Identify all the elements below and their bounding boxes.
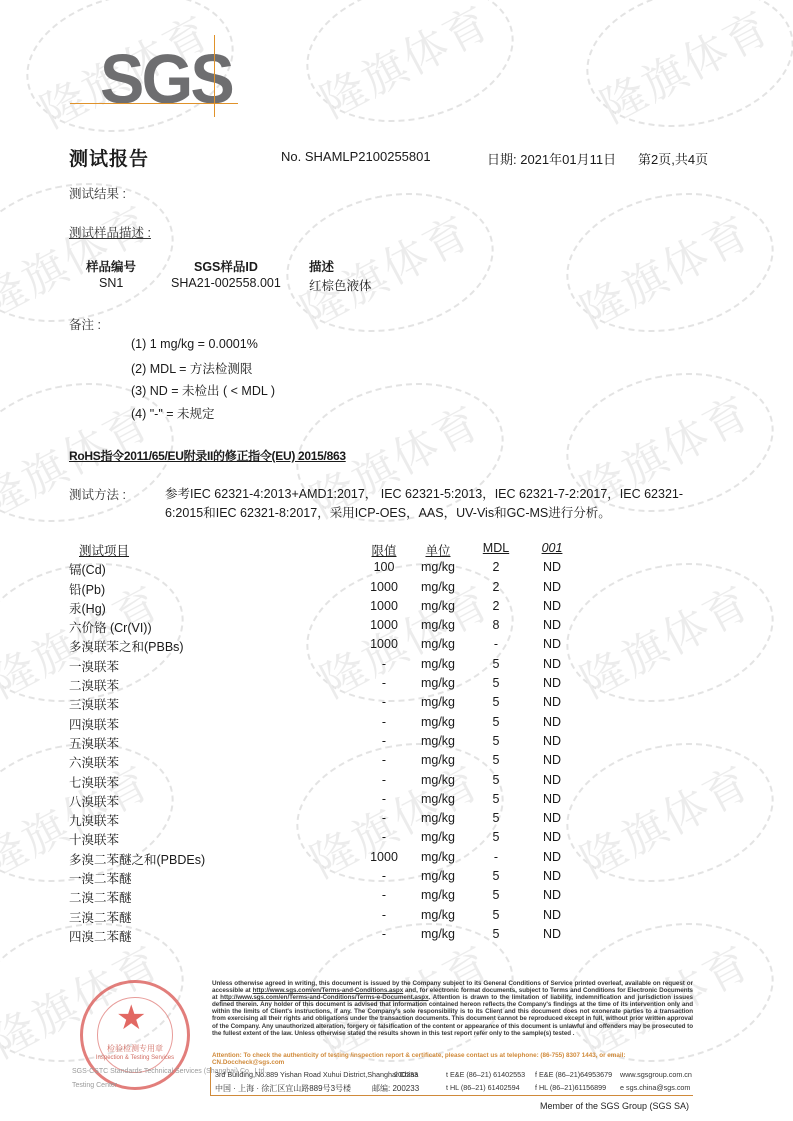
cell-item: 多溴联苯之和(PBBs)	[69, 637, 184, 655]
cell-unit: mg/kg	[414, 811, 462, 825]
cell-mdl: 5	[473, 657, 519, 671]
table-body: 镉(Cd)100mg/kg2ND铅(Pb)1000mg/kg2ND汞(Hg)10…	[69, 560, 589, 946]
seal-text-cn: 检验检测专用章	[89, 1043, 181, 1054]
cell-mdl: 5	[473, 830, 519, 844]
table-row: 十溴联苯-mg/kg5ND	[69, 830, 589, 849]
sample-description-label: 测试样品描述 :	[69, 223, 151, 241]
cell-limit: -	[354, 869, 414, 883]
cell-unit: mg/kg	[414, 580, 462, 594]
cell-result: ND	[524, 869, 580, 883]
table-row: 镉(Cd)100mg/kg2ND	[69, 560, 589, 579]
test-method-text: 参考IEC 62321-4:2013+AMD1:2017， IEC 62321-…	[165, 485, 685, 523]
cell-unit: mg/kg	[414, 908, 462, 922]
cell-limit: -	[354, 830, 414, 844]
cell-limit: 1000	[354, 618, 414, 632]
address-cn: 中国 · 上海 · 徐汇区宜山路889号3号楼	[215, 1083, 351, 1094]
legal-disclaimer: Unless otherwise agreed in writing, this…	[212, 980, 693, 1037]
sample-no-header: 样品编号	[86, 257, 136, 275]
report-number: No. SHAMLP2100255801	[281, 149, 431, 164]
cell-limit: 1000	[354, 599, 414, 613]
cell-item: 一溴联苯	[69, 657, 119, 675]
table-row: 三溴二苯醚-mg/kg5ND	[69, 908, 589, 927]
cell-mdl: 8	[473, 618, 519, 632]
cell-unit: mg/kg	[414, 888, 462, 902]
email-link[interactable]: e sgs.china@sgs.com	[620, 1083, 690, 1092]
note-item: (3) ND = 未检出 ( < MDL )	[131, 381, 275, 399]
cell-item: 四溴二苯醚	[69, 927, 132, 945]
cell-unit: mg/kg	[414, 753, 462, 767]
table-row: 八溴联苯-mg/kg5ND	[69, 792, 589, 811]
table-row: 一溴二苯醚-mg/kg5ND	[69, 869, 589, 888]
cell-mdl: 5	[473, 792, 519, 806]
cell-result: ND	[524, 888, 580, 902]
cell-mdl: 5	[473, 773, 519, 787]
cell-unit: mg/kg	[414, 695, 462, 709]
cell-unit: mg/kg	[414, 773, 462, 787]
cell-mdl: 2	[473, 560, 519, 574]
address-en: 3rd Building,No.889 Yishan Road Xuhui Di…	[215, 1070, 418, 1079]
cell-item: 六价铬 (Cr(VI))	[69, 618, 152, 636]
table-row: 六溴联苯-mg/kg5ND	[69, 753, 589, 772]
cell-unit: mg/kg	[414, 676, 462, 690]
cell-unit: mg/kg	[414, 792, 462, 806]
cell-mdl: 5	[473, 676, 519, 690]
cell-item: 二溴二苯醚	[69, 888, 132, 906]
table-row: 九溴联苯-mg/kg5ND	[69, 811, 589, 830]
star-icon: ★	[116, 1001, 146, 1035]
cell-mdl: 5	[473, 811, 519, 825]
cell-item: 一溴二苯醚	[69, 869, 132, 887]
cell-item: 四溴联苯	[69, 715, 119, 733]
cell-mdl: 5	[473, 869, 519, 883]
cell-limit: -	[354, 811, 414, 825]
page-indicator: 第2页,共4页	[638, 149, 708, 168]
cell-unit: mg/kg	[414, 618, 462, 632]
cell-result: ND	[524, 773, 580, 787]
cell-item: 七溴联苯	[69, 773, 119, 791]
cell-result: ND	[524, 618, 580, 632]
table-row: 五溴联苯-mg/kg5ND	[69, 734, 589, 753]
test-method-label: 测试方法 :	[69, 485, 126, 503]
cell-mdl: 5	[473, 695, 519, 709]
table-row: 汞(Hg)1000mg/kg2ND	[69, 599, 589, 618]
cell-limit: -	[354, 657, 414, 671]
cell-mdl: 5	[473, 888, 519, 902]
cell-item: 五溴联苯	[69, 734, 119, 752]
cell-unit: mg/kg	[414, 734, 462, 748]
cell-result: ND	[524, 676, 580, 690]
cell-result: ND	[524, 715, 580, 729]
note-item: (1) 1 mg/kg = 0.0001%	[131, 337, 258, 351]
sample-no-value: SN1	[99, 276, 123, 290]
cell-unit: mg/kg	[414, 850, 462, 864]
zip-en: 200233	[394, 1070, 418, 1079]
note-item: (2) MDL = 方法检测限	[131, 359, 252, 377]
description-header: 描述	[309, 257, 334, 275]
footer-vertical-rule	[210, 1067, 211, 1095]
cell-item: 二溴联苯	[69, 676, 119, 694]
report-date: 日期: 2021年01月11日	[487, 149, 616, 168]
col-header-item: 测试项目	[79, 541, 129, 559]
footer-horizontal-rule	[210, 1095, 693, 1096]
cell-limit: -	[354, 792, 414, 806]
cell-result: ND	[524, 580, 580, 594]
cell-mdl: -	[473, 637, 519, 651]
cell-mdl: -	[473, 850, 519, 864]
cell-limit: -	[354, 695, 414, 709]
cell-mdl: 5	[473, 927, 519, 941]
results-table: 测试项目 限值 单位 MDL 001 镉(Cd)100mg/kg2ND铅(Pb)…	[69, 541, 589, 946]
fax-hl: f HL (86–21)61156899	[535, 1083, 606, 1092]
cell-mdl: 5	[473, 715, 519, 729]
cell-unit: mg/kg	[414, 715, 462, 729]
table-row: 四溴二苯醚-mg/kg5ND	[69, 927, 589, 946]
authenticity-notice: Attention: To check the authenticity of …	[212, 1052, 693, 1066]
member-statement: Member of the SGS Group (SGS SA)	[540, 1101, 689, 1111]
seal-center: Testing Center	[72, 1082, 117, 1089]
cell-result: ND	[524, 734, 580, 748]
cell-unit: mg/kg	[414, 560, 462, 574]
col-header-result: 001	[524, 541, 580, 555]
cell-unit: mg/kg	[414, 599, 462, 613]
cell-item: 六溴联苯	[69, 753, 119, 771]
cell-unit: mg/kg	[414, 637, 462, 651]
notes-label: 备注 :	[69, 315, 101, 333]
cell-item: 汞(Hg)	[69, 599, 106, 617]
tel-hl: t HL (86–21) 61402594	[446, 1083, 520, 1092]
rohs-section-title: RoHS指令2011/65/EU附录II的修正指令(EU) 2015/863	[69, 447, 346, 464]
cell-result: ND	[524, 792, 580, 806]
col-header-unit: 单位	[414, 541, 462, 559]
cell-result: ND	[524, 637, 580, 651]
table-row: 多溴联苯之和(PBBs)1000mg/kg-ND	[69, 637, 589, 656]
table-header-row: 测试项目 限值 单位 MDL 001	[69, 541, 589, 560]
cell-limit: -	[354, 734, 414, 748]
terms-link[interactable]: http://www.sgs.com/en/Terms-and-Conditio…	[253, 987, 404, 994]
cell-result: ND	[524, 753, 580, 767]
col-header-mdl: MDL	[473, 541, 519, 555]
cell-unit: mg/kg	[414, 830, 462, 844]
note-item: (4) "-" = 未规定	[131, 404, 215, 422]
cell-limit: 1000	[354, 637, 414, 651]
table-row: 铅(Pb)1000mg/kg2ND	[69, 580, 589, 599]
cell-mdl: 2	[473, 580, 519, 594]
cell-unit: mg/kg	[414, 869, 462, 883]
cell-item: 九溴联苯	[69, 811, 119, 829]
cell-item: 三溴二苯醚	[69, 908, 132, 926]
website-link[interactable]: www.sgsgroup.com.cn	[620, 1070, 692, 1079]
seal-text-en: Inspection & Testing Services	[89, 1055, 181, 1061]
cell-result: ND	[524, 560, 580, 574]
sgs-sample-id-header: SGS样品ID	[194, 257, 258, 275]
col-header-limit: 限值	[354, 541, 414, 559]
cell-result: ND	[524, 927, 580, 941]
cell-mdl: 5	[473, 734, 519, 748]
cell-mdl: 5	[473, 753, 519, 767]
table-row: 四溴联苯-mg/kg5ND	[69, 715, 589, 734]
table-row: 三溴联苯-mg/kg5ND	[69, 695, 589, 714]
cell-mdl: 5	[473, 908, 519, 922]
cell-limit: -	[354, 753, 414, 767]
cell-limit: -	[354, 676, 414, 690]
fax-ee: f E&E (86–21)64953679	[535, 1070, 612, 1079]
cell-limit: -	[354, 888, 414, 902]
cell-item: 多溴二苯醚之和(PBDEs)	[69, 850, 205, 868]
cell-limit: 100	[354, 560, 414, 574]
cell-unit: mg/kg	[414, 657, 462, 671]
cell-mdl: 2	[473, 599, 519, 613]
cell-item: 铅(Pb)	[69, 580, 105, 598]
e-document-terms-link[interactable]: http://www.sgs.com/en/Terms-and-Conditio…	[220, 994, 428, 1001]
cell-result: ND	[524, 657, 580, 671]
sgs-sample-id-value: SHA21-002558.001	[171, 276, 281, 290]
cell-limit: 1000	[354, 580, 414, 594]
cell-result: ND	[524, 850, 580, 864]
logo-horizontal-rule	[70, 103, 238, 104]
cell-result: ND	[524, 830, 580, 844]
legal-text: . Attention is drawn to the limitation o…	[212, 994, 693, 1036]
cell-limit: -	[354, 927, 414, 941]
table-row: 一溴联苯-mg/kg5ND	[69, 657, 589, 676]
cell-limit: -	[354, 773, 414, 787]
logo-vertical-rule	[214, 35, 215, 117]
results-label: 测试结果 :	[69, 184, 126, 202]
cell-result: ND	[524, 695, 580, 709]
cell-item: 八溴联苯	[69, 792, 119, 810]
cell-result: ND	[524, 908, 580, 922]
table-row: 六价铬 (Cr(VI))1000mg/kg8ND	[69, 618, 589, 637]
table-row: 二溴联苯-mg/kg5ND	[69, 676, 589, 695]
description-value: 红棕色液体	[309, 276, 372, 294]
cell-item: 三溴联苯	[69, 695, 119, 713]
cell-result: ND	[524, 811, 580, 825]
table-row: 七溴联苯-mg/kg5ND	[69, 773, 589, 792]
table-row: 二溴二苯醚-mg/kg5ND	[69, 888, 589, 907]
report-title: 测试报告	[69, 144, 149, 171]
cell-unit: mg/kg	[414, 927, 462, 941]
zip-cn: 邮编: 200233	[372, 1083, 419, 1094]
table-row: 多溴二苯醚之和(PBDEs)1000mg/kg-ND	[69, 850, 589, 869]
cell-limit: -	[354, 908, 414, 922]
cell-item: 镉(Cd)	[69, 560, 106, 578]
cell-item: 十溴联苯	[69, 830, 119, 848]
tel-ee: t E&E (86–21) 61402553	[446, 1070, 525, 1079]
cell-limit: -	[354, 715, 414, 729]
cell-result: ND	[524, 599, 580, 613]
cell-limit: 1000	[354, 850, 414, 864]
